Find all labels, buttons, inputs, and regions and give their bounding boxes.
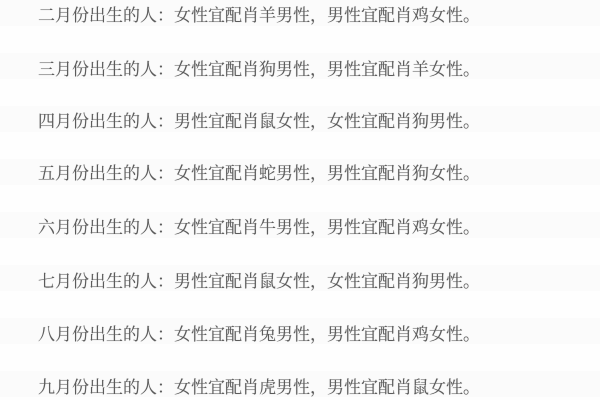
article-body: 二月份出生的人：女性宜配肖羊男性，男性宜配肖鸡女性。 三月份出生的人：女性宜配肖… xyxy=(0,0,600,400)
zodiac-match-line-february: 二月份出生的人：女性宜配肖羊男性，男性宜配肖鸡女性。 xyxy=(38,5,480,27)
zodiac-match-line-august: 八月份出生的人：女性宜配肖兔男性，男性宜配肖鸡女性。 xyxy=(38,324,480,346)
zodiac-match-line-march: 三月份出生的人：女性宜配肖狗男性，男性宜配肖羊女性。 xyxy=(38,59,480,81)
zodiac-match-line-july: 七月份出生的人：男性宜配肖鼠女性，女性宜配肖狗男性。 xyxy=(38,271,480,293)
zodiac-match-line-june: 六月份出生的人：女性宜配肖牛男性，男性宜配肖鸡女性。 xyxy=(38,217,480,239)
zodiac-match-line-may: 五月份出生的人：女性宜配肖蛇男性，男性宜配肖狗女性。 xyxy=(38,163,480,185)
zodiac-match-line-april: 四月份出生的人：男性宜配肖鼠女性，女性宜配肖狗男性。 xyxy=(38,111,480,133)
zodiac-match-line-september: 九月份出生的人：女性宜配肖虎男性，男性宜配肖鼠女性。 xyxy=(38,377,480,399)
